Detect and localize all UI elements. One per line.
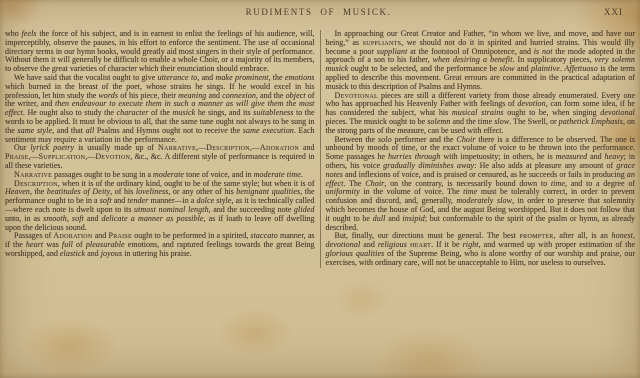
paragraph: Between the solo performer and the Choir…	[326, 136, 636, 233]
paragraph: Devotional pieces are still a different …	[326, 92, 636, 136]
paragraph: who feels the force of his subject, and …	[5, 30, 315, 74]
paragraph: In approaching our Great Creator and Fat…	[326, 30, 636, 92]
page-header: RUDIMENTS OF MUSICK. XXI	[0, 0, 640, 29]
paragraph: Our lyrick poetry is usually made up of …	[5, 144, 315, 170]
right-column: In approaching our Great Creator and Fat…	[321, 30, 638, 268]
paragraph: We have said that the vocalist ought to …	[5, 74, 315, 144]
text-columns: who feels the force of his subject, and …	[0, 30, 640, 268]
left-column: who feels the force of his subject, and …	[3, 30, 320, 268]
book-page: RUDIMENTS OF MUSICK. XXI who feels the f…	[0, 0, 640, 378]
paragraph: But, finally, our directions must be gen…	[326, 232, 636, 267]
paragraph: Passages of Adoration and Praise ought t…	[5, 232, 315, 258]
page-number: XXI	[604, 7, 623, 17]
paragraph: Description, when it is of the ordinary …	[5, 180, 315, 233]
page-title: RUDIMENTS OF MUSICK.	[246, 7, 392, 17]
